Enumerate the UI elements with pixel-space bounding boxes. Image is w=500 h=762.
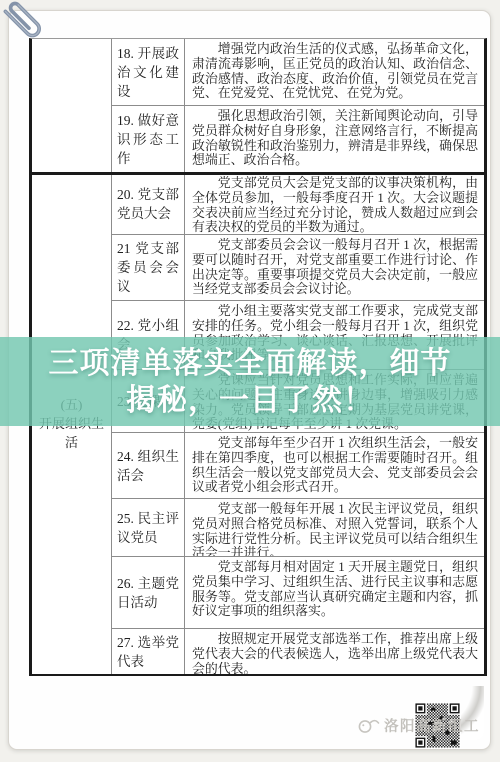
table-cell-label: 20. 党支部党员大会	[112, 173, 185, 235]
table-cell-desc: 党支部一般每年开展 1 次民主评议党员，组织党员对照合格党员标准、对照入党誓词，…	[185, 499, 484, 557]
watermark: 洛阳高新组工	[357, 715, 480, 736]
table-cell-desc: 党支部每年至少召开 1 次组织生活会，一般安排在第四季度，也可以根据工作需要随时…	[185, 433, 484, 499]
table-cell-label: 21 党支部委员会会议	[112, 235, 185, 301]
photo-background: (五) 开展组织生活 18. 开展政治文化建设 增强党内政治生活的仪式感，弘扬革…	[0, 0, 500, 762]
table-cell-desc: 党支部党员大会是党支部的议事决策机构，由全体党员参加，一般每季度召开 1 次。大…	[185, 173, 484, 235]
table-cell-label: 25. 民主评议党员	[112, 499, 185, 557]
watermark-logo-icon	[357, 717, 381, 734]
table-cell-label: 26. 主题党日活动	[112, 557, 185, 629]
table-cell-desc: 党支部每月相对固定 1 天开展主题党日，组织党员集中学习、过组织生活、进行民主议…	[185, 557, 484, 629]
table-cell-label: 27. 选举党代表	[112, 629, 185, 674]
table-cell-label: 24. 组织生活会	[112, 433, 185, 499]
table-cell-desc: 增强党内政治生活的仪式感，弘扬革命文化，肃清流毒影响，匡正党员的政治认知、政治信…	[185, 39, 484, 106]
section-divider	[29, 172, 487, 175]
table-cell-desc: 党支部委员会会议一般每月召开 1 次，根据需要可以随时召开，对党支部重要工作进行…	[185, 235, 484, 301]
table-cell-label: 18. 开展政治文化建设	[112, 39, 185, 106]
table-cell-desc: 按照规定开展党支部选举工作，推荐出席上级党代表大会的代表候选人，选举出席上级党代…	[185, 629, 484, 674]
category-cell-previous-section	[32, 39, 112, 173]
table-cell-label: 19. 做好意识形态工作	[112, 106, 185, 173]
overlay-title-line1: 三项清单落实全面解读，细节	[49, 345, 452, 382]
table-cell-desc: 强化思想政治引领，关注新闻舆论动向，引导党员群众树好自身形象，注意网络言行，不断…	[185, 106, 484, 173]
overlay-banner: 三项清单落实全面解读，细节 揭秘，一目了然！	[0, 337, 500, 426]
overlay-title-line2: 揭秘，一目了然！	[126, 382, 374, 419]
watermark-text: 洛阳高新组工	[384, 715, 480, 736]
